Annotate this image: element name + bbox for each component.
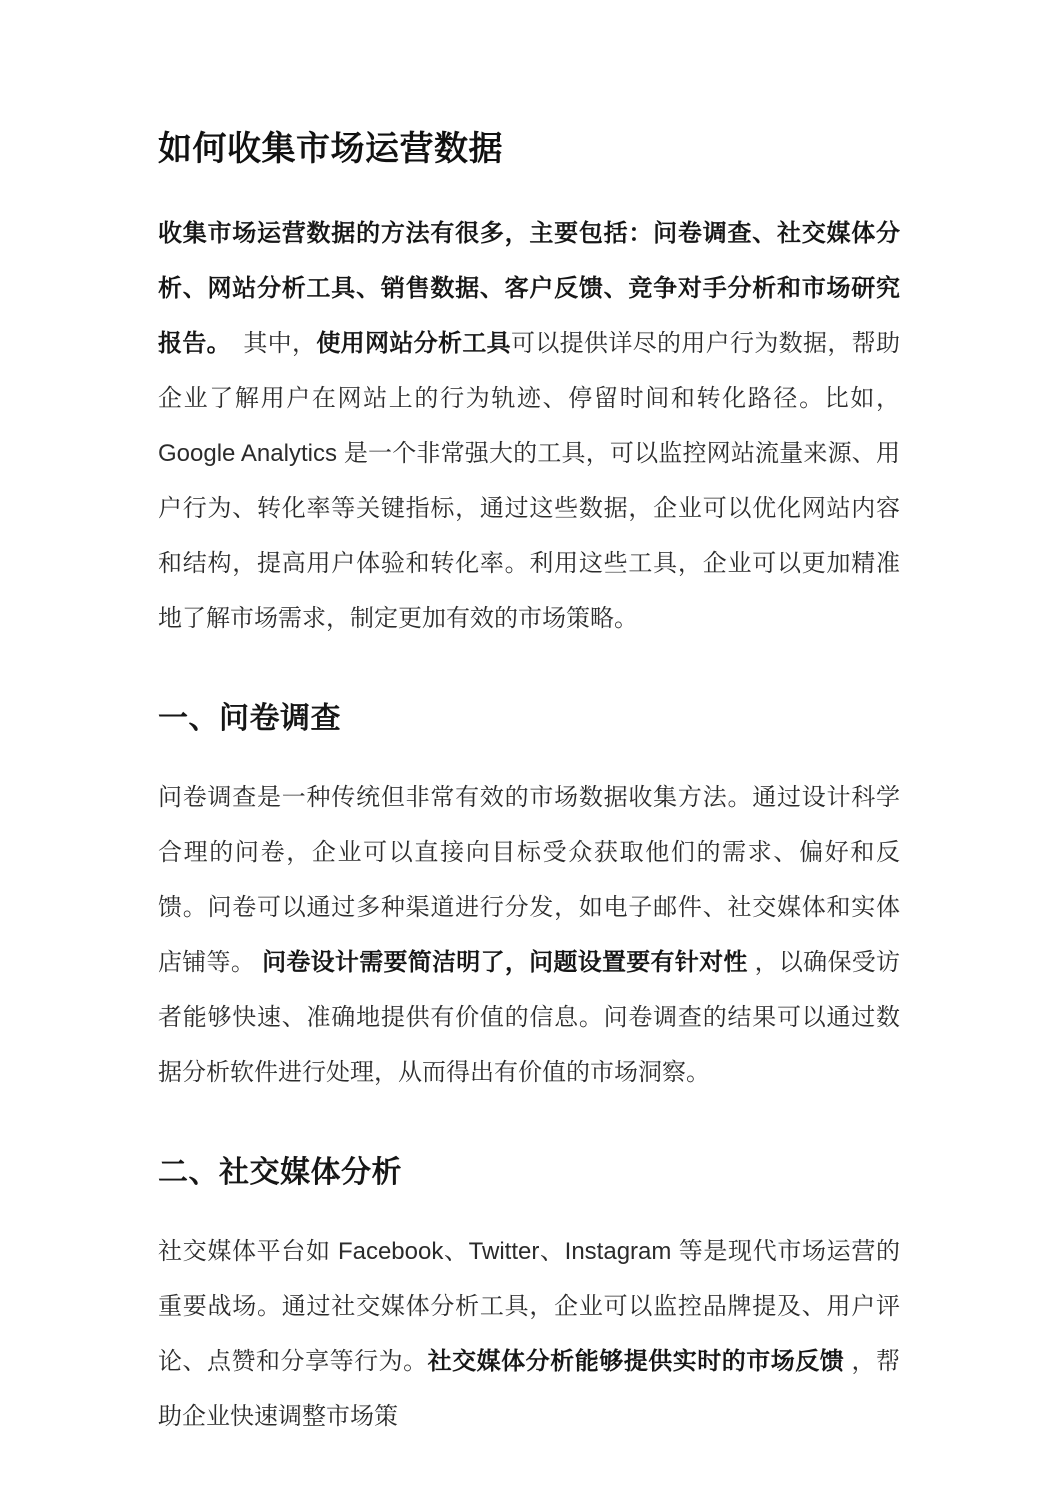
- intro-run-bold-web-analytics-tool: 使用网站分析工具: [316, 330, 511, 357]
- intro-paragraph: 收集市场运营数据的方法有很多，主要包括：问卷调查、社交媒体分析、网站分析工具、销…: [158, 206, 900, 646]
- document-title: 如何收集市场运营数据: [158, 126, 900, 174]
- survey-run-bold-design: 问卷设计需要简洁明了，问题设置要有针对性: [262, 949, 748, 976]
- document-page: 如何收集市场运营数据 收集市场运营数据的方法有很多，主要包括：问卷调查、社交媒体…: [0, 0, 1059, 1497]
- section-paragraph-social-media: 社交媒体平台如 Facebook、Twitter、Instagram 等是现代市…: [158, 1224, 900, 1444]
- section-heading-social-media: 二、社交媒体分析: [158, 1152, 900, 1194]
- intro-run-regular-among: 其中，: [219, 330, 316, 357]
- intro-run-regular-detail: 可以提供详尽的用户行为数据，帮助企业了解用户在网站上的行为轨迹、停留时间和转化路…: [158, 330, 900, 632]
- social-run-bold-realtime-feedback: 社交媒体分析能够提供实时的市场反馈: [428, 1348, 845, 1375]
- survey-run-regular-intro: 问卷调查是一种传统但非常有效的市场数据收集方法。通过设计科学合理的问卷，企业可以…: [158, 784, 900, 976]
- section-paragraph-survey: 问卷调查是一种传统但非常有效的市场数据收集方法。通过设计科学合理的问卷，企业可以…: [158, 770, 900, 1100]
- section-heading-survey: 一、问卷调查: [158, 698, 900, 740]
